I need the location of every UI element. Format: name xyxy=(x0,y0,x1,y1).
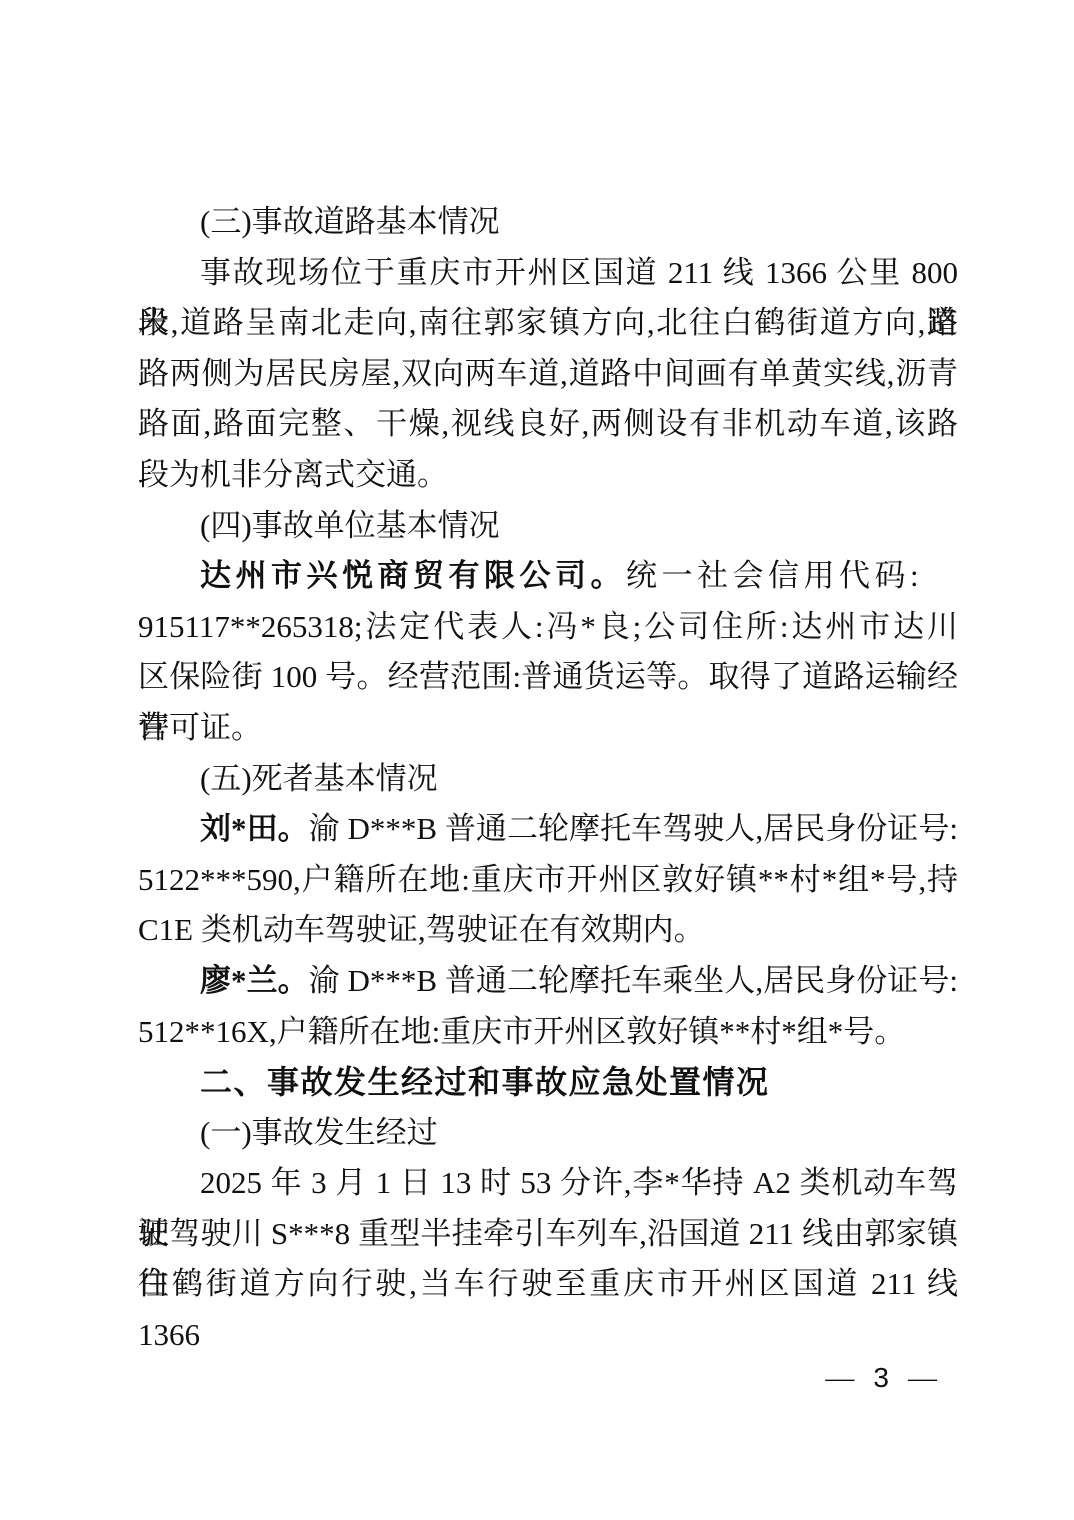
body-line: 5122***590,户籍所在地:重庆市开州区敦好镇**村*组*号,持 xyxy=(138,855,958,906)
body-line: 白鹤街道方向行驶,当车行驶至重庆市开州区国道 211 线 1366 xyxy=(138,1259,958,1310)
body-line: 证驾驶川 S***8 重型半挂牵引车列车,沿国道 211 线由郭家镇往 xyxy=(138,1209,958,1260)
body-line: 2025 年 3 月 1 日 13 时 53 分许,李*华持 A2 类机动车驾驶 xyxy=(138,1158,958,1209)
page-footer: —3— xyxy=(825,1356,937,1400)
body-line: 事故现场位于重庆市开州区国道 211 线 1366 公里 800 米路 xyxy=(138,248,958,299)
body-line: 512**16X,户籍所在地:重庆市开州区敦好镇**村*组*号。 xyxy=(138,1007,958,1058)
subsection-1-heading: (一)事故发生经过 xyxy=(138,1108,958,1159)
victim-1-line-rest: 渝 D***B 普通二轮摩托车驾驶人,居民身份证号: xyxy=(309,811,958,846)
document-body: (三)事故道路基本情况 事故现场位于重庆市开州区国道 211 线 1366 公里… xyxy=(138,197,958,1310)
body-line: 段为机非分离式交通。 xyxy=(138,450,958,501)
body-line: 路两侧为居民房屋,双向两车道,道路中间画有单黄实线,沥青 xyxy=(138,349,958,400)
body-line: 区保险街 100 号。经营范围:普通货运等。取得了道路运输经营 xyxy=(138,652,958,703)
section-5-heading: (五)死者基本情况 xyxy=(138,754,958,805)
victim-1-name: 刘*田。 xyxy=(200,811,309,846)
footer-dash-right: — xyxy=(908,1356,937,1400)
victim-2-name: 廖*兰。 xyxy=(200,963,309,998)
victim-2-line: 廖*兰。渝 D***B 普通二轮摩托车乘坐人,居民身份证号: xyxy=(138,956,958,1007)
section-3-heading: (三)事故道路基本情况 xyxy=(138,197,958,248)
company-name: 达州市兴悦商贸有限公司。 xyxy=(200,558,626,593)
body-line: 许可证。 xyxy=(138,703,958,754)
body-line: 915117**265318;法定代表人:冯*良;公司住所:达州市达川 xyxy=(138,602,958,653)
page-number: 3 xyxy=(873,1356,889,1400)
footer-dash-left: — xyxy=(825,1356,854,1400)
body-line: 段,道路呈南北走向,南往郭家镇方向,北往白鹤街道方向,道 xyxy=(138,298,958,349)
victim-2-line-rest: 渝 D***B 普通二轮摩托车乘坐人,居民身份证号: xyxy=(309,963,958,998)
company-line-rest: 统一社会信用代码: xyxy=(626,558,923,593)
section-2-major-heading: 二、事故发生经过和事故应急处置情况 xyxy=(138,1057,958,1108)
section-4-heading: (四)事故单位基本情况 xyxy=(138,501,958,552)
victim-1-line: 刘*田。渝 D***B 普通二轮摩托车驾驶人,居民身份证号: xyxy=(138,804,958,855)
body-line: C1E 类机动车驾驶证,驾驶证在有效期内。 xyxy=(138,905,958,956)
document-page: (三)事故道路基本情况 事故现场位于重庆市开州区国道 211 线 1366 公里… xyxy=(0,0,1074,1520)
body-line: 路面,路面完整、干燥,视线良好,两侧设有非机动车道,该路 xyxy=(138,399,958,450)
company-line: 达州市兴悦商贸有限公司。统一社会信用代码: xyxy=(138,551,958,602)
